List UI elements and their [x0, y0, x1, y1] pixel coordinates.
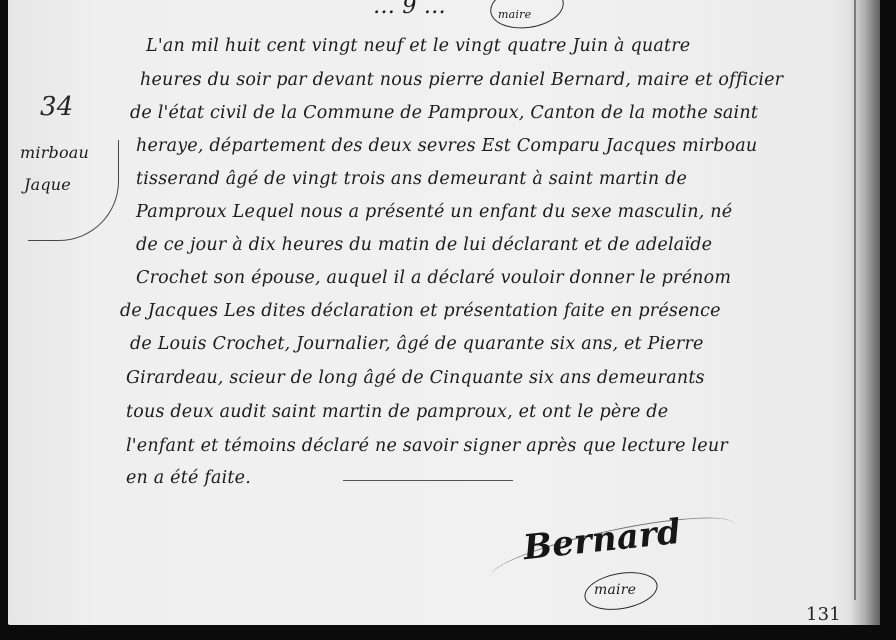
- body-line: Pamproux Lequel nous a présenté un enfan…: [136, 202, 732, 222]
- body-line: l'enfant et témoins déclaré ne savoir si…: [126, 436, 728, 456]
- body-line: L'an mil huit cent vingt neuf et le ving…: [146, 36, 690, 56]
- margin-bracket: [28, 140, 119, 241]
- body-line: de Jacques Les dites déclaration et prés…: [120, 301, 721, 321]
- page-edge-damage: [854, 0, 874, 600]
- body-line: heraye, département des deux sevres Est …: [136, 136, 757, 156]
- body-line: tisserand âgé de vingt trois ans demeura…: [136, 169, 687, 189]
- body-line: de ce jour à dix heures du matin de lui …: [136, 235, 712, 255]
- closing-rule: [343, 480, 513, 481]
- folio-number: 131: [806, 604, 841, 625]
- body-line: en a été faite.: [126, 468, 251, 488]
- body-line: de l'état civil de la Commune de Pamprou…: [130, 103, 758, 123]
- register-page: … 9 … maire 34 mirboau Jaque L'an mil hu…: [8, 0, 880, 625]
- body-line: de Louis Crochet, Journalier, âgé de qua…: [130, 334, 704, 354]
- top-circled-word: maire: [498, 8, 531, 21]
- body-line: heures du soir par devant nous pierre da…: [140, 70, 783, 90]
- body-line: Girardeau, scieur de long âgé de Cinquan…: [126, 368, 705, 388]
- margin-entry-number: 34: [40, 92, 73, 122]
- top-fragment-stroke: … 9 …: [373, 0, 446, 19]
- body-line: tous deux audit saint martin de pamproux…: [126, 402, 668, 422]
- signature-title: maire: [594, 582, 636, 598]
- body-line: Crochet son épouse, auquel il a déclaré …: [136, 268, 731, 288]
